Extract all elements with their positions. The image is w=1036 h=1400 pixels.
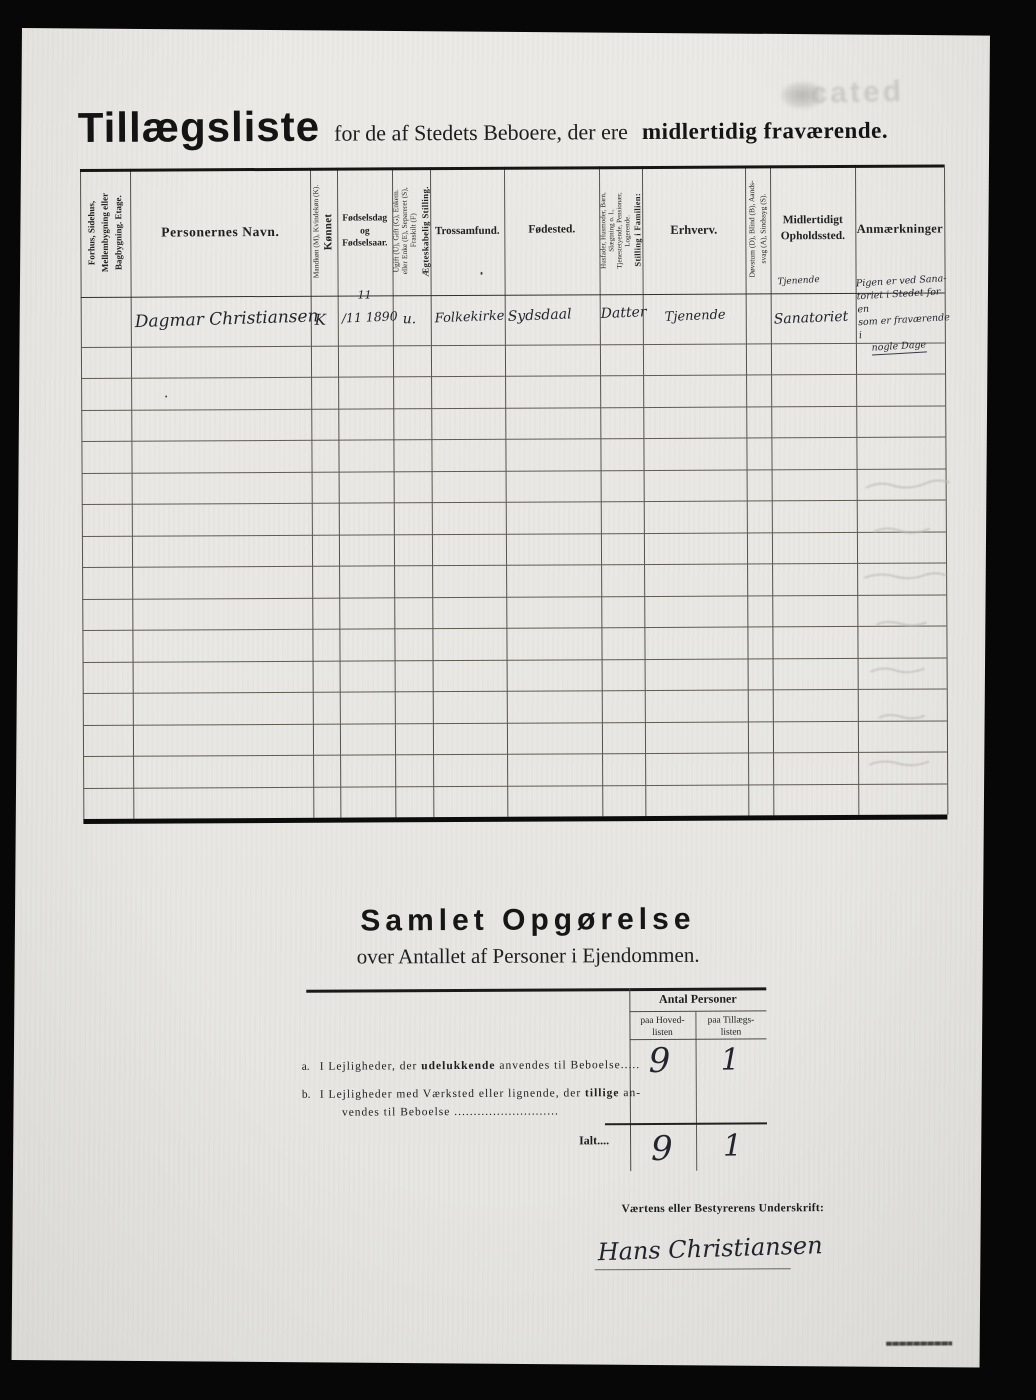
grid-line [82,531,946,537]
cell-aegteskab: u. [403,311,417,327]
grid-line [81,374,945,380]
col-header-trossamfund: Trossamfund. [430,168,505,294]
grid-line [83,720,947,726]
summary-col-tillaegslisten: paa Tillægs- listen [695,1015,766,1039]
col-header-dovstum-label: Døvstum (D), Blind (B), Aands- svag (A),… [746,181,769,278]
summary-ialt-label: Ialt.... [579,1133,609,1148]
summary-value-a-tillaegs: 1 [721,1043,740,1078]
grid-line [82,626,946,632]
signature-label: Værtens eller Bestyrerens Underskrift: [621,1202,824,1215]
cell-opholdssted: Sanatoriet [773,309,848,328]
col-header-opholdssted: Midlertidigt Opholdssted. [770,166,856,292]
col-header-erhverv: Erhverv. [642,166,746,293]
summary-value-a-hoved: 9 [649,1041,671,1081]
bleedthrough-squiggles [856,459,978,800]
grid-line [82,468,946,474]
cell-fodselsdag: /11 1890 [341,308,397,325]
col-header-erhverv-label: Erhverv. [670,221,717,238]
col-header-fodselsdag: Fødselsdag og Fødselsaar. [337,168,393,294]
summary-title: Samlet Opgørelse [268,902,788,939]
col-header-fodested-label: Fødested. [528,223,575,239]
col-header-navn-label: Personernes Navn. [161,224,279,241]
grid-line [83,689,947,695]
summary-row-a-text: I Lejligheder, der udelukkende anvendes … [320,1059,640,1073]
summary-subtitle: over Antallet af Personer i Ejendommen. [268,942,788,970]
summary-row-b-text2: vendes til Beboelse ....................… [342,1105,559,1118]
cell-anmaerkninger: Pigen er ved Sana- toriet i Stedet for e… [856,272,952,356]
summary-value-ialt-hoved: 9 [651,1129,673,1169]
grid-line [83,657,947,663]
col-header-dovstum: Døvstum (D), Blind (B), Aands- svag (A),… [745,166,771,292]
summary-row-b-text: I Lejligheder med Værksted eller lignend… [320,1087,641,1101]
summary-row-b-pre: I Lejligheder med Værksted eller lignend… [320,1087,585,1100]
cell-fodselsdag-top: 11 [358,288,372,301]
summary-col-hovedlisten: paa Hoved- listen [629,1016,695,1040]
col-header-fodselsdag-label: Fødselsdag og Fødselsaar. [342,212,388,251]
col-header-bygning: Forhus, Sidehus, Mellembygning eller Bag… [80,170,131,296]
summary-row-a-label: a. [302,1061,310,1073]
col-header-kon: Mandkøn (M), Kvindekøn (K). Kønnet [310,169,338,295]
col-header-stilling: Husfader, Husmoder, Barn, Slægtning o. l… [599,167,643,293]
grid-line [83,814,947,823]
grid-line [83,752,947,758]
summary-value-ialt-tillaegs: 1 [723,1129,742,1164]
col-header-trossamfund-label: Trossamfund. [435,223,500,238]
summary-row-a-post: anvendes til Beboelse..... [495,1059,640,1072]
col-header-anmaerkninger-label: Anmærkninger [857,221,943,236]
col-header-stilling-sub: Husfader, Husmoder, Barn, Slægtning o. l… [599,192,632,269]
col-header-fodested: Fødested. [504,167,600,293]
col-header-kon-sub: Mandkøn (M), Kvindekøn (K). [312,185,321,279]
scanned-census-page: { "scan": { "bleedthrough": "cated" }, "… [0,0,1036,1400]
summary-row-b-label: b. [302,1089,311,1101]
col-header-opholdssted-label: Midlertidigt Opholdssted. [781,213,845,244]
summary-row-b-post: an- [619,1087,641,1099]
grid-line [81,405,945,411]
summary-row-a-bold: udelukkende [421,1060,495,1072]
grid-line [81,437,945,443]
ink-speck [165,396,167,398]
col-header-navn: Personernes Navn. [130,169,311,296]
summary-row-a-pre: I Lejligheder, der [320,1060,422,1073]
cell-fodested: Sydsdaal [507,306,571,325]
grid-line [82,500,946,506]
col-header-bygning-label: Forhus, Sidehus, Mellembygning eller Bag… [85,193,126,272]
cell-kon: K [315,311,326,329]
printer-mark [886,1341,952,1345]
grid-line [82,563,946,569]
cell-erhverv: Tjenende [664,308,725,325]
ink-speck [481,272,483,275]
summary-row-b-bold: tillige [585,1087,620,1099]
col-header-aegteskab-sub: Ugift (U), Gift (G), Enkem. eller Enke (… [392,188,418,275]
anm-line-3: som er fraværende i [858,311,951,342]
summary-antal-header: Antal Personer [629,991,766,1007]
cell-trossamfund: Folkekirke [434,309,504,327]
paper-sheet: cated Tillægsliste for de af Stedets Beb… [12,28,990,1368]
col-header-kon-label: Kønnet [323,213,336,250]
grid-line [83,783,947,789]
grid-line [81,342,945,348]
cell-stilling: Datter [600,304,646,322]
col-header-aegteskab-label: Ægteskabelig Stilling. [420,186,431,277]
page-content: cated Tillægsliste for de af Stedets Beb… [13,29,988,1366]
col-header-aegteskab: Ugift (U), Gift (G), Enkem. eller Enke (… [392,168,431,294]
grid-line [82,594,946,600]
